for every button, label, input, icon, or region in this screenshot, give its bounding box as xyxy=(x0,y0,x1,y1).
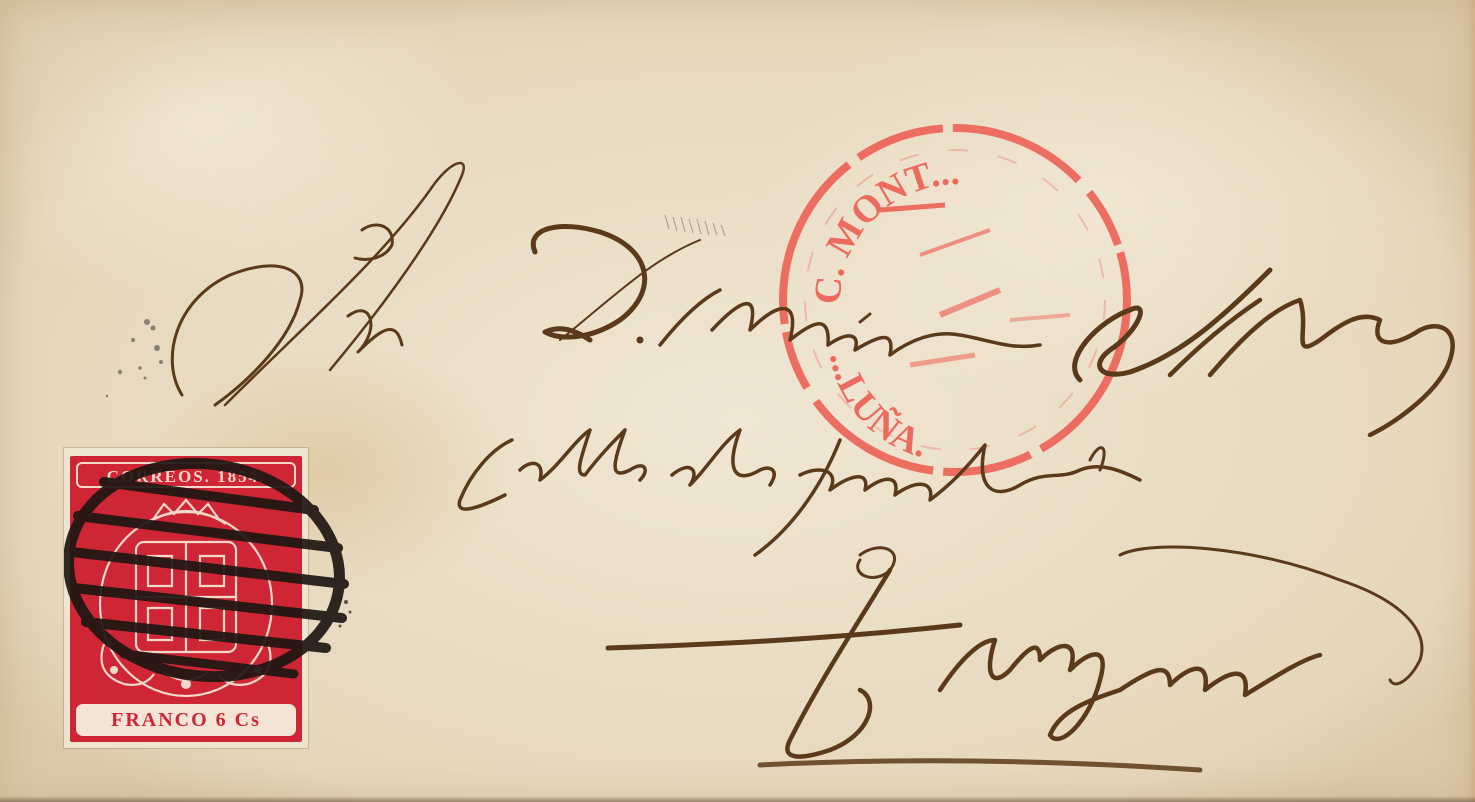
coat-of-arms-icon xyxy=(84,494,288,700)
ink-smudge xyxy=(655,205,745,245)
stamp-design: CORREOS. 1854. xyxy=(70,456,302,742)
red-datestamp-postmark: C. MONT... ...LUÑA. xyxy=(770,115,1140,485)
ink-smudge xyxy=(85,300,205,420)
postage-stamp: CORREOS. 1854. xyxy=(64,448,308,748)
postmark-top-text: C. MONT... xyxy=(806,151,960,306)
stamp-top-label: CORREOS. 1854. xyxy=(76,462,296,488)
address-line-2: Calle de Granada xyxy=(0,0,1,1)
address-line-1: Sr. D. Antonio Sarrionaga xyxy=(0,0,1,1)
svg-text:C. MONT...: C. MONT... xyxy=(806,151,960,306)
cover-bottom-edge xyxy=(0,796,1475,802)
postal-cover: CORREOS. 1854. xyxy=(0,0,1475,802)
address-line-3: Tarragona xyxy=(0,0,1,1)
stamp-value-label: FRANCO 6 Cs xyxy=(76,704,296,736)
svg-text:...LUÑA.: ...LUÑA. xyxy=(821,349,932,466)
postmark-bottom-text: ...LUÑA. xyxy=(821,349,932,466)
cover-right-edge xyxy=(1467,0,1475,802)
